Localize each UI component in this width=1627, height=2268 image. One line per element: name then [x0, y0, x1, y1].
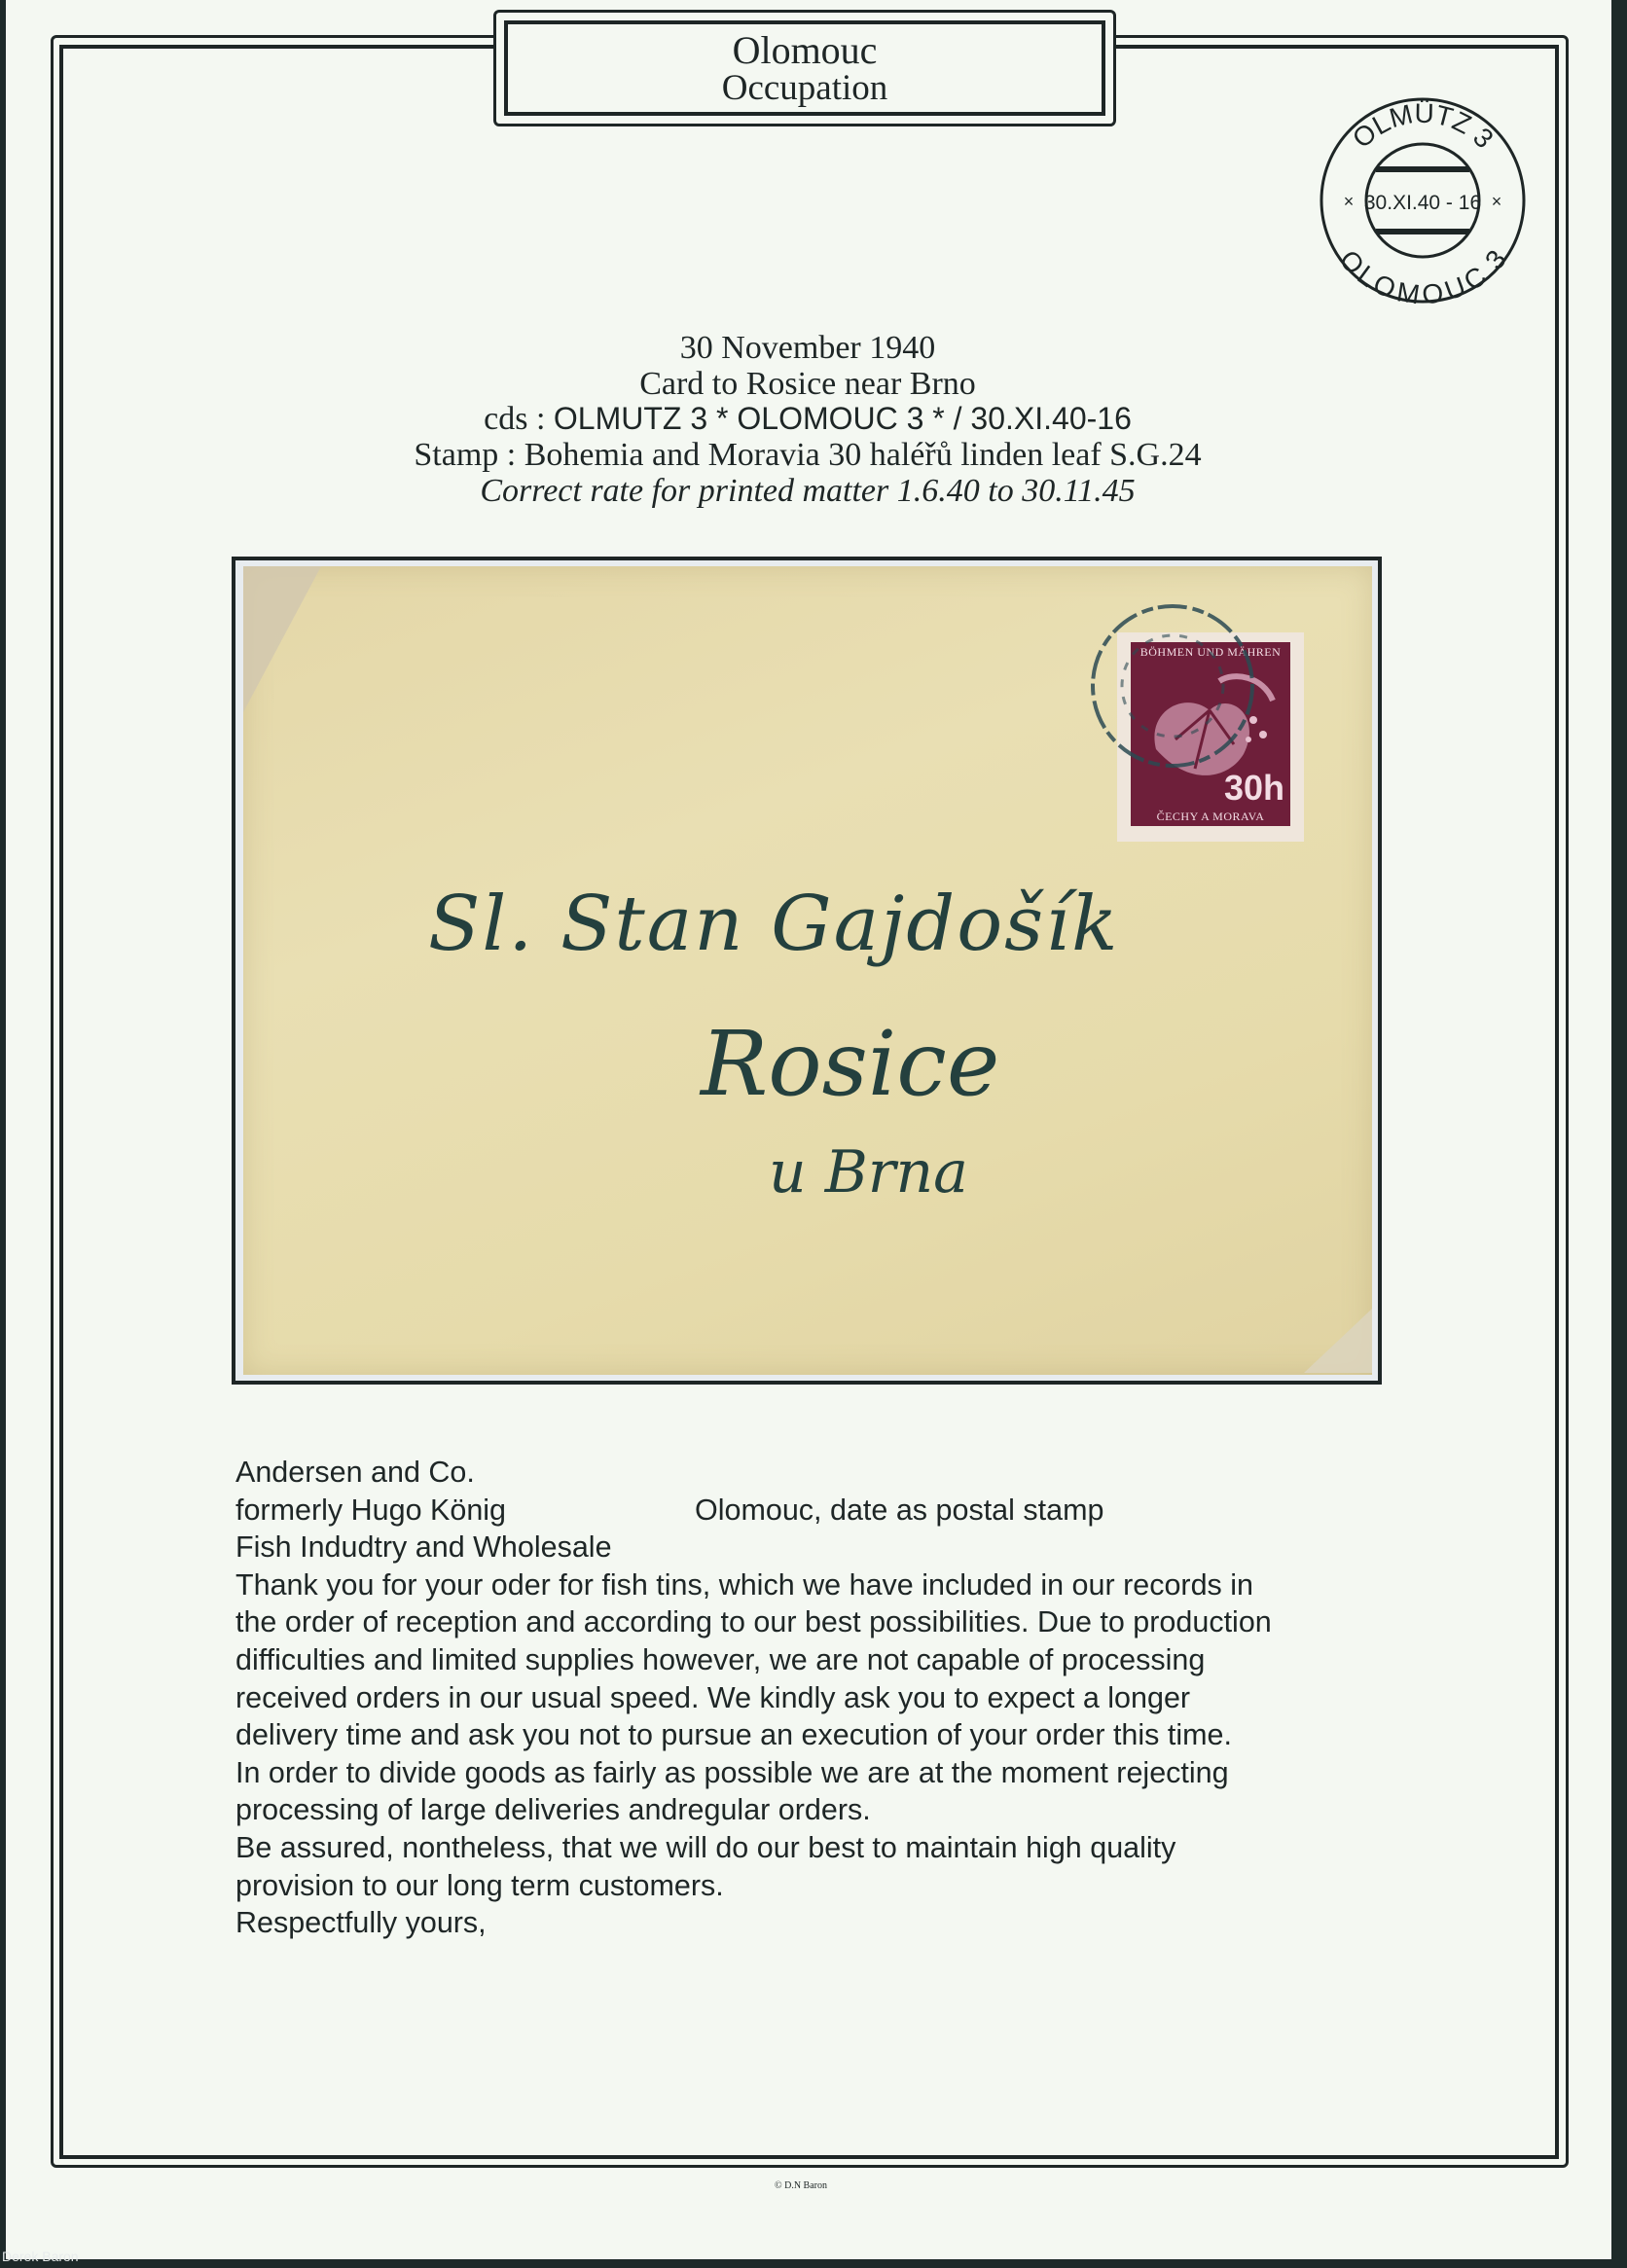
svg-text:OLOMOUC 3: OLOMOUC 3 — [1334, 244, 1512, 307]
postmark-separator-left: × — [1344, 192, 1355, 211]
cds-value: OLMUTZ 3 * OLOMOUC 3 * / 30.XI.40-16 — [554, 401, 1132, 436]
page-subtitle: Occupation — [722, 70, 888, 106]
rate-note: Correct rate for printed matter 1.6.40 t… — [292, 474, 1323, 510]
reverse-translation: Andersen and Co. formerly Hugo König Olo… — [235, 1454, 1403, 1942]
postmark-date: 30.XI.40 - 16 — [1364, 192, 1481, 214]
sender-business: Fish Indudtry and Wholesale — [235, 1529, 1403, 1566]
stamp-bottom-inscription: ČECHY A MORAVA — [1131, 810, 1290, 824]
sender-name: Andersen and Co. — [235, 1454, 1403, 1492]
letter-body-line: provision to our long term customers. — [235, 1867, 1403, 1905]
scan-background — [0, 2259, 1627, 2268]
letter-closing: Respectfully yours, — [235, 1904, 1403, 1942]
letter-body-line: the order of reception and according to … — [235, 1603, 1403, 1641]
mount-corner-top-left — [243, 566, 321, 712]
postmark-top-text: OLMÜTZ 3 — [1347, 98, 1500, 154]
postmark-bottom-text: OLOMOUC 3 — [1334, 244, 1512, 307]
letter-body-line: delivery time and ask you not to pursue … — [235, 1716, 1403, 1754]
cancellation-mark-icon — [1080, 594, 1265, 778]
cover-destination: Card to Rosice near Brno — [292, 367, 1323, 403]
letter-body-line: In order to divide goods as fairly as po… — [235, 1754, 1403, 1792]
address-line-region: u Brna — [769, 1138, 968, 1206]
postmark-separator-right: × — [1492, 192, 1502, 211]
address-line-name: Sl. Stan Gajdošík — [428, 881, 1119, 968]
copyright-notice: © D.N Baron — [775, 2180, 827, 2191]
letter-body-line: processing of large deliveries andregula… — [235, 1791, 1403, 1829]
address-line-town: Rosice — [701, 1012, 999, 1116]
letter-body-line: Be assured, nontheless, that we will do … — [235, 1829, 1403, 1867]
page-title: Olomouc — [733, 31, 878, 70]
letter-body-line: received orders in our usual speed. We k… — [235, 1679, 1403, 1717]
place-date: Olomouc, date as postal stamp — [695, 1492, 1103, 1530]
cover-description: 30 November 1940 Card to Rosice near Brn… — [292, 331, 1323, 510]
stamp-description: Stamp : Bohemia and Moravia 30 haléřů li… — [292, 438, 1323, 474]
watermark: Derek Baron — [2, 2249, 79, 2264]
cds-line: cds : OLMUTZ 3 * OLOMOUC 3 * / 30.XI.40-… — [292, 402, 1323, 438]
postmark-illustration-icon: OLMÜTZ 3 OLOMOUC 3 30.XI.40 - 16 × × — [1316, 93, 1530, 307]
letter-body-line: difficulties and limited supplies howeve… — [235, 1641, 1403, 1679]
letter-body-line: Thank you for your oder for fish tins, w… — [235, 1566, 1403, 1604]
svg-text:OLMÜTZ 3: OLMÜTZ 3 — [1347, 98, 1500, 154]
sender-former-name: formerly Hugo König — [235, 1492, 695, 1530]
cover-date: 30 November 1940 — [292, 331, 1323, 367]
mount-corner-bottom-right — [1304, 1309, 1372, 1373]
title-box: Olomouc Occupation — [493, 10, 1116, 126]
